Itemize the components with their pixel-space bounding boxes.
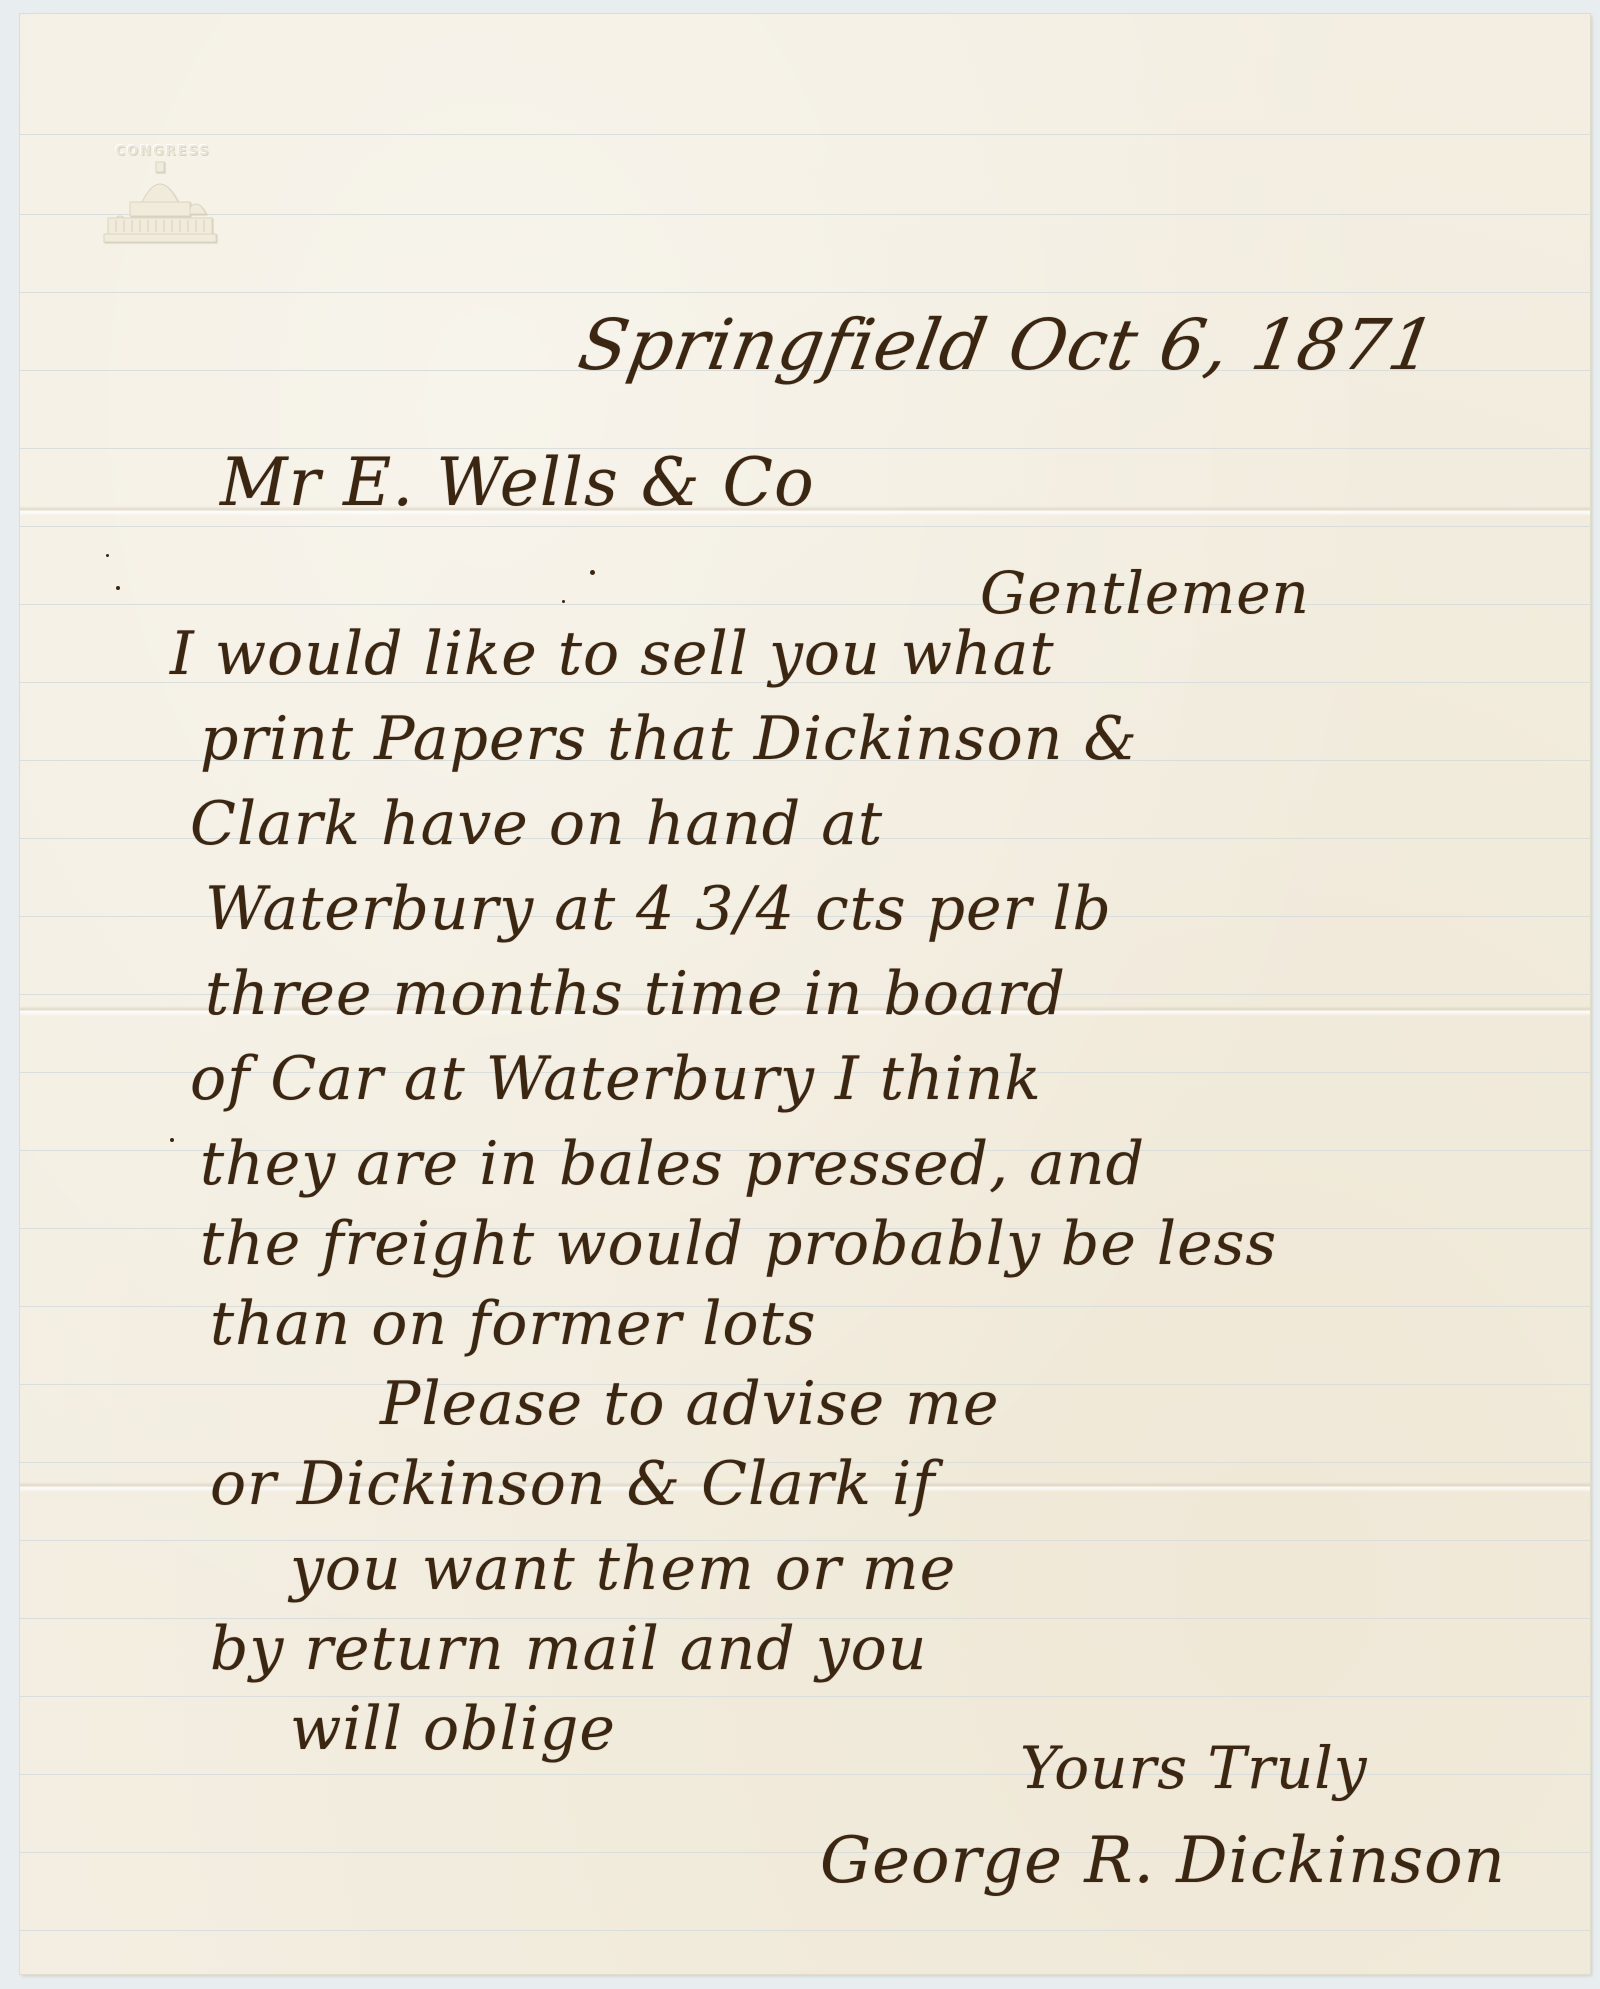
scanned-letter: CONGRESS [0,0,1600,1989]
body-line: Waterbury at 4 3/4 cts per lb [205,874,1112,944]
ruled-line [20,1930,1590,1931]
capitol-building-icon [90,140,230,260]
body-line: by return mail and you [210,1614,927,1684]
body-line: they are in bales pressed, and [200,1129,1145,1199]
ruled-line [20,526,1590,527]
ink-speck [106,554,109,557]
body-line: print Papers that Dickinson & [200,704,1138,774]
salutation: Mr E. Wells & Co [220,444,815,521]
body-line: or Dickinson & Clark if [210,1449,935,1519]
ruled-line [20,214,1590,215]
body-line: will oblige [290,1694,616,1764]
ink-speck [590,570,595,575]
ink-speck [562,600,565,603]
letter-paper: CONGRESS [20,14,1590,1974]
body-line: Please to advise me [380,1369,1000,1439]
ink-speck [170,1138,174,1142]
body-line: of Car at Waterbury I think [190,1044,1042,1114]
body-line: Clark have on hand at [190,789,883,859]
ruled-line [20,1696,1590,1697]
body-line: than on former lots [210,1289,816,1359]
dateline: Springfield Oct 6, 1871 [573,304,1442,386]
embossed-letterhead: CONGRESS [90,140,230,260]
signature: George R. Dickinson [820,1824,1506,1898]
ruled-line [20,134,1590,135]
closing: Yours Truly [1020,1734,1368,1802]
ruled-line [20,292,1590,293]
greeting: Gentlemen [980,559,1310,627]
body-line: I would like to sell you what [170,619,1055,689]
ink-speck [116,586,120,590]
ruled-line [20,604,1590,605]
body-line: you want them or me [290,1534,956,1604]
body-line: three months time in board [205,959,1066,1029]
body-line: the freight would probably be less [200,1209,1277,1279]
